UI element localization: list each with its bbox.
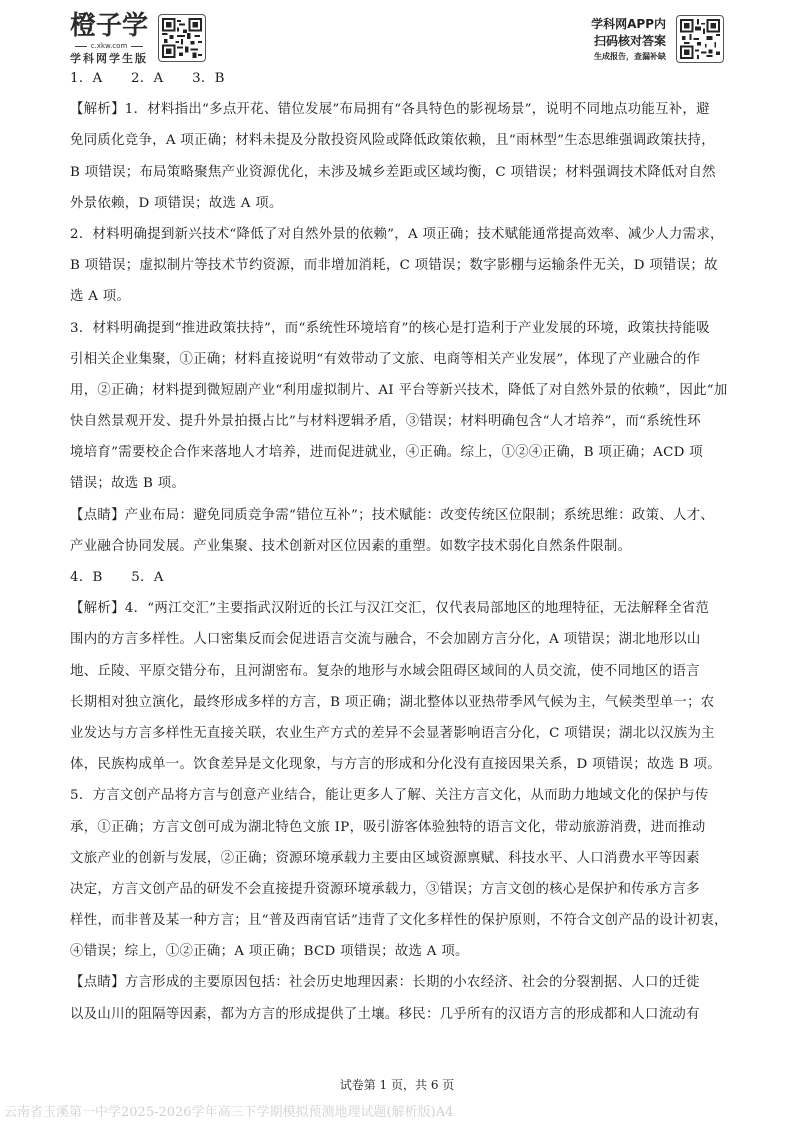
answers-q1-q3: 1．A 2．A 3．B (70, 63, 730, 94)
text-line: 选 A 项。 (70, 281, 730, 312)
qr-code-icon (158, 14, 206, 62)
promo-line-2: 扫码核对答案 (594, 33, 666, 49)
answer-q5: 5．A (131, 562, 163, 593)
text-line: 快自然景观开发、提升外景拍摄占比”与材料逻辑矛盾，③错误；材料明确包含“人才培养… (70, 406, 730, 437)
text-line: 2．材料明确提到新兴技术“降低了对自然外景的依赖”，A 项正确；技术赋能通常提高… (70, 219, 730, 250)
text-line: B 项错误；虚拟制片等技术节约资源，而非增加消耗，C 项错误；数字影棚与运输条件… (70, 250, 730, 281)
answer-q4: 4．B (70, 562, 103, 593)
text-line: 【解析】1．材料指出“多点开花、错位发展”布局拥有“各具特色的影视场景”，说明不… (70, 94, 730, 125)
text-line: 引相关企业集聚，①正确；材料直接说明“有效带动了文旅、电商等相关产业发展”，体现… (70, 344, 730, 375)
text-line: 【点睛】产业布局：避免同质竞争需“错位互补”；技术赋能：改变传统区位限制；系统思… (70, 500, 730, 531)
text-line: 【解析】4．“两江交汇”主要指武汉附近的长江与汉江交汇，仅代表局部地区的地理特征… (70, 593, 730, 624)
text-line: 境培育”需要校企合作来落地人才培养，进而促进就业，④正确。综上，①②④正确，B … (70, 437, 730, 468)
text-line: 5．方言文创产品将方言与创意产业结合，能让更多人了解、关注方言文化，从而助力地域… (70, 780, 730, 811)
text-line: 决定，方言文创产品的研发不会直接提升资源环境承载力，③错误；方言文创的核心是保护… (70, 874, 730, 905)
text-line: 以及山川的阻隔等因素，都为方言的形成提供了土壤。移民：几乎所有的汉语方言的形成都… (70, 999, 730, 1030)
text-line: B 项错误；布局策略聚焦产业资源优化，未涉及城乡差距或区域均衡，C 项错误；材料… (70, 157, 730, 188)
text-line: 样性，而非普及某一种方言；且“普及西南官话”违背了文化多样性的保护原则，不符合文… (70, 905, 730, 936)
answers-q4-q5: 4．B 5．A (70, 562, 730, 593)
qr-code-icon (676, 15, 724, 63)
text-line: 长期相对独立演化，最终形成多样的方言，B 项正确；湖北整体以亚热带季风气候为主，… (70, 687, 730, 718)
promo-line-3: 生成报告，查漏补缺 (594, 51, 666, 63)
text-line: 产业融合协同发展。产业集聚、技术创新对区位因素的重塑。如数字技术弱化自然条件限制… (70, 531, 730, 562)
text-line: 业发达与方言多样性无直接关联，农业生产方式的差异不会显著影响语言分化，C 项错误… (70, 718, 730, 749)
text-line: 【点睛】方言形成的主要原因包括：社会历史地理因素：长期的小农经济、社会的分裂割据… (70, 967, 730, 998)
text-line: 围内的方言多样性。人口密集反而会促进语言交流与融合，不会加剧方言分化，A 项错误… (70, 624, 730, 655)
answer-q1: 1．A (70, 63, 102, 94)
text-line: 地、丘陵、平原交错分布，且河湖密布。复杂的地形与水域会阻碍区域间的人员交流，使不… (70, 656, 730, 687)
text-line: 外景依赖，D 项错误；故选 A 项。 (70, 188, 730, 219)
answer-q2: 2．A (131, 63, 163, 94)
text-line: 错误；故选 B 项。 (70, 468, 730, 499)
answer-explanation-body: 1．A 2．A 3．B 【解析】1．材料指出“多点开花、错位发展”布局拥有“各具… (70, 63, 730, 1030)
logo-url-text: c.xkw.com (66, 41, 152, 51)
xkw-app-promo: 学科网APP内 扫码核对答案 生成报告，查漏补缺 (580, 12, 730, 67)
promo-line-1: 学科网APP内 (591, 16, 666, 32)
answer-q3: 3．B (192, 63, 225, 94)
text-line: 承，①正确；方言文创可成为湖北特色文旅 IP，吸引游客体验独特的语言文化，带动旅… (70, 812, 730, 843)
text-line: 用，②正确；材料提到微短剧产业“利用虚拟制片、AI 平台等新兴技术，降低了对自然… (70, 375, 730, 406)
page-indicator: 试卷第 1 页，共 6 页 (0, 1076, 794, 1093)
text-line: 免同质化竞争，A 项正确；材料未提及分散投资风险或降低政策依赖，且“雨林型”生态… (70, 125, 730, 156)
text-line: ④错误；综上，①②正确；A 项正确；BCD 项错误；故选 A 项。 (70, 936, 730, 967)
text-line: 文旅产业的创新与发展，②正确；资源环境承载力主要由区域资源禀赋、科技水平、人口消… (70, 843, 730, 874)
logo-brand-text: 橙子学 (66, 12, 152, 40)
document-watermark: 云南省玉溪第一中学2025-2026学年高三下学期模拟预测地理试题(解析版)A4 (4, 1101, 453, 1120)
text-line: 体，民族构成单一。饮食差异是文化现象，与方言的形成和分化没有直接因果关系，D 项… (70, 749, 730, 780)
text-line: 3．材料明确提到“推进政策扶持”，而“系统性环境培育”的核心是打造利于产业发展的… (70, 313, 730, 344)
